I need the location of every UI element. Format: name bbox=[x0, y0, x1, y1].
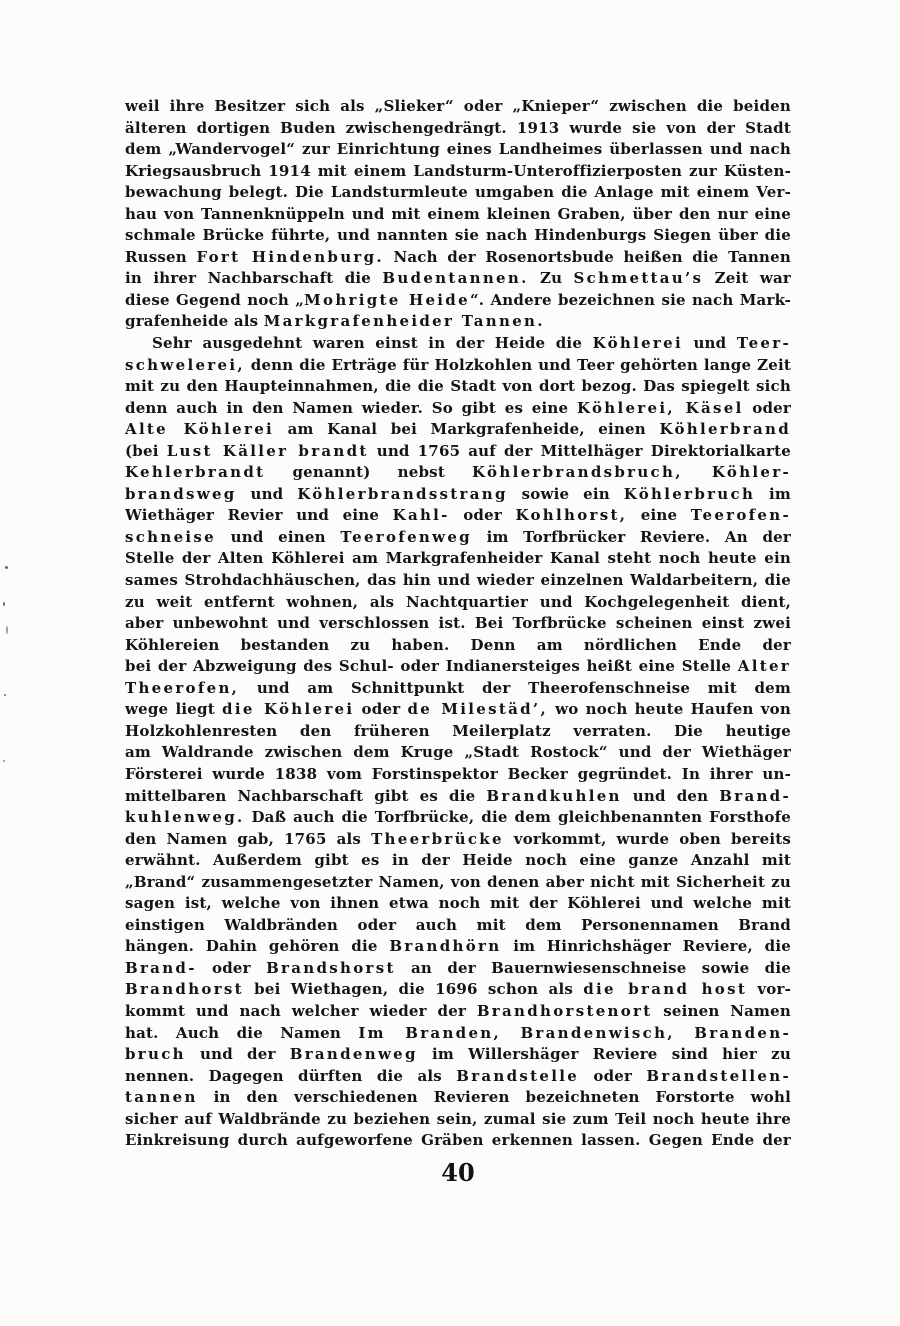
emphasized-place-name: Brandhörn bbox=[389, 937, 501, 955]
emphasized-place-name: brandsweg bbox=[125, 485, 237, 503]
body-text: Zeit war bbox=[703, 269, 791, 287]
scan-speck bbox=[6, 626, 8, 634]
emphasized-place-name: Fort Hindenburg. bbox=[196, 248, 384, 266]
emphasized-place-name: Brand- bbox=[125, 959, 197, 977]
emphasized-place-name: Köhlerbrandsbruch, Köhler- bbox=[472, 463, 791, 481]
body-text: und einen bbox=[216, 528, 340, 546]
body-text: Försterei wurde 1838 vom Forstinspektor … bbox=[125, 765, 791, 783]
body-text: Köhlereien bestanden zu haben. Denn am n… bbox=[125, 636, 791, 657]
body-text: mittelbaren Nachbarschaft gibt es die bbox=[125, 787, 486, 805]
body-text: (bei bbox=[125, 442, 167, 460]
body-text: und 1765 auf der Mittelhäger Direktorial… bbox=[369, 442, 791, 460]
emphasized-place-name: Teerofen- bbox=[691, 506, 791, 524]
emphasized-place-name: Teerofenweg bbox=[340, 528, 472, 546]
body-text: hängen. Dahin gehören die bbox=[125, 937, 389, 955]
emphasized-place-name: Theerbrücke bbox=[371, 830, 504, 848]
text-block: weil ihre Besitzer sich als „Slieker“ od… bbox=[125, 96, 791, 1152]
body-text: aber unbewohnt und verschlossen ist. Bei… bbox=[125, 614, 791, 632]
body-text: denn auch in den Namen wieder. So gibt e… bbox=[125, 399, 577, 417]
body-text: oder bbox=[450, 506, 516, 524]
body-text: an der Bauernwiesenschneise sowie die bbox=[396, 959, 791, 977]
body-text: bewachung belegt. Die Landsturmleute umg… bbox=[125, 183, 791, 201]
emphasized-place-name: Teer- bbox=[737, 334, 791, 352]
emphasized-place-name: bruch bbox=[125, 1045, 186, 1063]
emphasized-place-name: Brandhorst bbox=[125, 980, 244, 998]
body-text: dem „Wandervogel“ zur Einrichtung eines … bbox=[125, 140, 791, 158]
text-line: Theerofen, und am Schnittpunkt der Theer… bbox=[125, 678, 791, 700]
emphasized-place-name: schwelerei, bbox=[125, 356, 245, 374]
body-text: schmale Brücke führte, und nannten sie n… bbox=[125, 226, 791, 244]
text-line: zu weit entfernt wohnen, als Nachtquarti… bbox=[125, 592, 791, 614]
text-line: bewachung belegt. Die Landsturmleute umg… bbox=[125, 182, 791, 204]
body-text: grafenheide als bbox=[125, 312, 264, 330]
body-text: sagen ist, welche von ihnen etwa noch mi… bbox=[125, 894, 791, 912]
body-text: und bbox=[683, 334, 737, 352]
body-text: seinen Namen bbox=[652, 1002, 791, 1020]
emphasized-place-name: Theerofen, bbox=[125, 679, 239, 697]
text-line: hängen. Dahin gehören die Brandhörn im H… bbox=[125, 936, 791, 958]
text-line: wege liegt die Köhlerei oder de Milestäd… bbox=[125, 699, 791, 721]
body-text: wege liegt bbox=[125, 700, 222, 718]
text-line: schmale Brücke führte, und nannten sie n… bbox=[125, 225, 791, 247]
body-text: im Hinrichshäger Reviere, die bbox=[501, 937, 791, 955]
text-line: Köhlereien bestanden zu haben. Denn am n… bbox=[125, 635, 791, 657]
text-line: den Namen gab, 1765 als Theerbrücke vork… bbox=[125, 829, 791, 851]
emphasized-place-name: Schmettau’s bbox=[574, 269, 704, 287]
body-text: wo noch heute Haufen von bbox=[548, 700, 791, 718]
emphasized-place-name: Brandhorstenort bbox=[477, 1002, 653, 1020]
body-text: kommt und nach welcher wieder der bbox=[125, 1002, 477, 1020]
body-text: und der bbox=[186, 1045, 290, 1063]
text-line: schwelerei, denn die Erträge für Holzkoh… bbox=[125, 355, 791, 377]
body-text: zu weit entfernt wohnen, als Nachtquarti… bbox=[125, 593, 791, 614]
body-text: oder bbox=[744, 399, 791, 417]
emphasized-place-name: Im Branden, Brandenwisch, Branden- bbox=[358, 1024, 791, 1042]
text-line: diese Gegend noch „Mohrigte Heide“. Ande… bbox=[125, 290, 791, 312]
body-text: Kriegsausbruch 1914 mit einem Landsturm-… bbox=[125, 162, 791, 180]
body-text: vorkommt, wurde oben bereits bbox=[504, 830, 791, 848]
body-text: im Willershäger Reviere sind hier zu bbox=[418, 1045, 791, 1063]
emphasized-place-name: Alte Köhlerei bbox=[125, 420, 274, 438]
emphasized-place-name: kuhlenweg. bbox=[125, 808, 245, 826]
text-line: mit zu den Haupteinnahmen, die die Stadt… bbox=[125, 376, 791, 398]
text-line: dem „Wandervogel“ zur Einrichtung eines … bbox=[125, 139, 791, 161]
emphasized-place-name: Kehlerbrandt bbox=[125, 463, 265, 481]
emphasized-place-name: Markgrafenheider Tannen. bbox=[264, 312, 545, 330]
text-line: Russen Fort Hindenburg. Nach der Rosenor… bbox=[125, 247, 791, 269]
emphasized-place-name: Brandkuhlen bbox=[486, 787, 621, 805]
text-line: Kehlerbrandt genannt) nebst Köhlerbrands… bbox=[125, 462, 791, 484]
scan-speck bbox=[5, 566, 8, 569]
body-text: hat. Auch die Namen bbox=[125, 1024, 358, 1042]
scan-speck bbox=[3, 602, 5, 606]
text-line: einstigen Waldbränden oder auch mit dem … bbox=[125, 915, 791, 937]
body-text: genannt) nebst bbox=[265, 463, 472, 481]
body-text: Zu bbox=[529, 269, 574, 287]
emphasized-place-name: Köhlerei, Käsel bbox=[577, 399, 744, 417]
emphasized-place-name: Lust Käller brandt bbox=[167, 442, 369, 460]
text-line: Wiethäger Revier und eine Kahl- oder Koh… bbox=[125, 505, 791, 527]
body-text: hau von Tannenknüppeln und mit einem kle… bbox=[125, 205, 791, 223]
text-line: hat. Auch die Namen Im Branden, Brandenw… bbox=[125, 1023, 791, 1045]
body-text: denn die Erträge für Holzkohlen und Teer… bbox=[245, 356, 791, 374]
text-line: bruch und der Brandenweg im Willershäger… bbox=[125, 1044, 791, 1066]
emphasized-place-name: de Milestäd’, bbox=[407, 700, 548, 718]
text-line: sagen ist, welche von ihnen etwa noch mi… bbox=[125, 893, 791, 915]
body-text: Nach der Rosenortsbude heißen die Tannen bbox=[384, 248, 791, 266]
emphasized-place-name: Brandstellen- bbox=[646, 1067, 791, 1085]
emphasized-place-name: Kohlhorst, bbox=[515, 506, 627, 524]
body-text: oder bbox=[197, 959, 266, 977]
body-text: Holzkohlenresten den früheren Meilerplat… bbox=[125, 722, 791, 743]
body-text: Stelle der Alten Köhlerei am Markgrafenh… bbox=[125, 549, 791, 570]
emphasized-place-name: Köhlerbrandsstrang bbox=[297, 485, 508, 503]
text-line: am Waldrande zwischen dem Kruge „Stadt R… bbox=[125, 742, 791, 764]
body-text: in den verschiedenen Revieren bezeichnet… bbox=[125, 1088, 791, 1109]
body-text: einstigen Waldbränden oder auch mit dem … bbox=[125, 916, 791, 937]
body-text: mit zu den Haupteinnahmen, die die Stadt… bbox=[125, 377, 791, 395]
text-line: in ihrer Nachbarschaft die Budentannen. … bbox=[125, 268, 791, 290]
body-text: im Torfbrücker Reviere. An der bbox=[472, 528, 791, 546]
text-line: tannen in den verschiedenen Revieren bez… bbox=[125, 1087, 791, 1109]
text-line: Einkreisung durch aufgeworfene Gräben er… bbox=[125, 1130, 791, 1152]
emphasized-place-name: Köhlerbruch bbox=[624, 485, 755, 503]
text-line: mittelbaren Nachbarschaft gibt es die Br… bbox=[125, 786, 791, 808]
text-line: nennen. Dagegen dürften die als Brandste… bbox=[125, 1066, 791, 1088]
body-text: im bbox=[755, 485, 791, 503]
text-line: weil ihre Besitzer sich als „Slieker“ od… bbox=[125, 96, 791, 118]
body-text: älteren dortigen Buden zwischengedrängt.… bbox=[125, 119, 791, 137]
emphasized-place-name: Kahl- bbox=[393, 506, 450, 524]
text-line: kuhlenweg. Daß auch die Torfbrücke, die … bbox=[125, 807, 791, 829]
text-line: Kriegsausbruch 1914 mit einem Landsturm-… bbox=[125, 161, 791, 183]
text-line: älteren dortigen Buden zwischengedrängt.… bbox=[125, 118, 791, 140]
scan-speck bbox=[4, 694, 6, 696]
body-text: diese Gegend noch „ bbox=[125, 291, 304, 309]
emphasized-place-name: Brandshorst bbox=[266, 959, 396, 977]
text-line: kommt und nach welcher wieder der Brandh… bbox=[125, 1001, 791, 1023]
body-text: „Brand“ zusammengesetzter Namen, von den… bbox=[125, 873, 791, 891]
text-line: schneise und einen Teerofenweg im Torfbr… bbox=[125, 527, 791, 549]
emphasized-place-name: Köhlerei bbox=[593, 334, 683, 352]
text-line: (bei Lust Käller brandt und 1765 auf der… bbox=[125, 441, 791, 463]
body-text: am Kanal bei Markgrafenheide, einen bbox=[274, 420, 659, 438]
text-line: sicher auf Waldbrände zu beziehen sein, … bbox=[125, 1109, 791, 1131]
text-line: Brandhorst bei Wiethagen, die 1696 schon… bbox=[125, 979, 791, 1001]
text-line: bei der Abzweigung des Schul- oder India… bbox=[125, 656, 791, 678]
scan-speck bbox=[3, 760, 5, 762]
body-text: Einkreisung durch aufgeworfene Gräben er… bbox=[125, 1131, 791, 1149]
emphasized-place-name: Brandenweg bbox=[290, 1045, 418, 1063]
body-text: erwähnt. Außerdem gibt es in der Heide n… bbox=[125, 851, 791, 869]
emphasized-place-name: Alter bbox=[738, 657, 791, 675]
body-text: sowie ein bbox=[508, 485, 624, 503]
body-text: sicher auf Waldbrände zu beziehen sein, … bbox=[125, 1110, 791, 1128]
body-text: eine bbox=[627, 506, 691, 524]
text-line: grafenheide als Markgrafenheider Tannen. bbox=[125, 311, 791, 333]
emphasized-place-name: schneise bbox=[125, 528, 216, 546]
emphasized-place-name: Brand- bbox=[719, 787, 791, 805]
body-text: “. Andere bezeichnen sie nach Mark- bbox=[470, 291, 791, 309]
body-text: und den bbox=[622, 787, 720, 805]
body-text: sames Strohdachhäuschen, das hin und wie… bbox=[125, 571, 791, 589]
text-line: erwähnt. Außerdem gibt es in der Heide n… bbox=[125, 850, 791, 872]
body-text: den Namen gab, 1765 als bbox=[125, 830, 371, 848]
body-text: Wiethäger Revier und eine bbox=[125, 506, 393, 524]
emphasized-place-name: Köhlerbrand bbox=[659, 420, 791, 438]
emphasized-place-name: Budentannen. bbox=[382, 269, 528, 287]
text-line: aber unbewohnt und verschlossen ist. Bei… bbox=[125, 613, 791, 635]
emphasized-place-name: tannen bbox=[125, 1088, 198, 1106]
text-line: Sehr ausgedehnt waren einst in der Heide… bbox=[125, 333, 791, 355]
body-text: am Waldrande zwischen dem Kruge „Stadt R… bbox=[125, 743, 791, 761]
body-text: Sehr ausgedehnt waren einst in der Heide… bbox=[152, 334, 593, 352]
body-text: vor- bbox=[747, 980, 791, 998]
body-text: oder bbox=[354, 700, 407, 718]
body-text: bei Wiethagen, die 1696 schon als bbox=[244, 980, 583, 998]
text-line: Alte Köhlerei am Kanal bei Markgrafenhei… bbox=[125, 419, 791, 441]
emphasized-place-name: Mohrigte Heide bbox=[304, 291, 470, 309]
emphasized-place-name: die Köhlerei bbox=[222, 700, 354, 718]
body-text: und bbox=[237, 485, 298, 503]
emphasized-place-name: die brand host bbox=[583, 980, 747, 998]
text-line: „Brand“ zusammengesetzter Namen, von den… bbox=[125, 872, 791, 894]
text-line: sames Strohdachhäuschen, das hin und wie… bbox=[125, 570, 791, 592]
body-text: bei der Abzweigung des Schul- oder India… bbox=[125, 657, 738, 675]
text-line: Holzkohlenresten den früheren Meilerplat… bbox=[125, 721, 791, 743]
body-text: weil ihre Besitzer sich als „Slieker“ od… bbox=[125, 97, 791, 115]
body-text: oder bbox=[579, 1067, 646, 1085]
text-line: Försterei wurde 1838 vom Forstinspektor … bbox=[125, 764, 791, 786]
body-text: nennen. Dagegen dürften die als bbox=[125, 1067, 456, 1085]
text-line: hau von Tannenknüppeln und mit einem kle… bbox=[125, 204, 791, 226]
body-text: in ihrer Nachbarschaft die bbox=[125, 269, 382, 287]
text-line: denn auch in den Namen wieder. So gibt e… bbox=[125, 398, 791, 420]
text-line: Brand- oder Brandshorst an der Bauernwie… bbox=[125, 958, 791, 980]
text-line: brandsweg und Köhlerbrandsstrang sowie e… bbox=[125, 484, 791, 506]
page-number: 40 bbox=[125, 1158, 791, 1187]
body-text: Russen bbox=[125, 248, 196, 266]
emphasized-place-name: Brandstelle bbox=[456, 1067, 579, 1085]
text-line: Stelle der Alten Köhlerei am Markgrafenh… bbox=[125, 548, 791, 570]
body-text: Daß auch die Torfbrücke, die dem gleichb… bbox=[245, 808, 791, 826]
